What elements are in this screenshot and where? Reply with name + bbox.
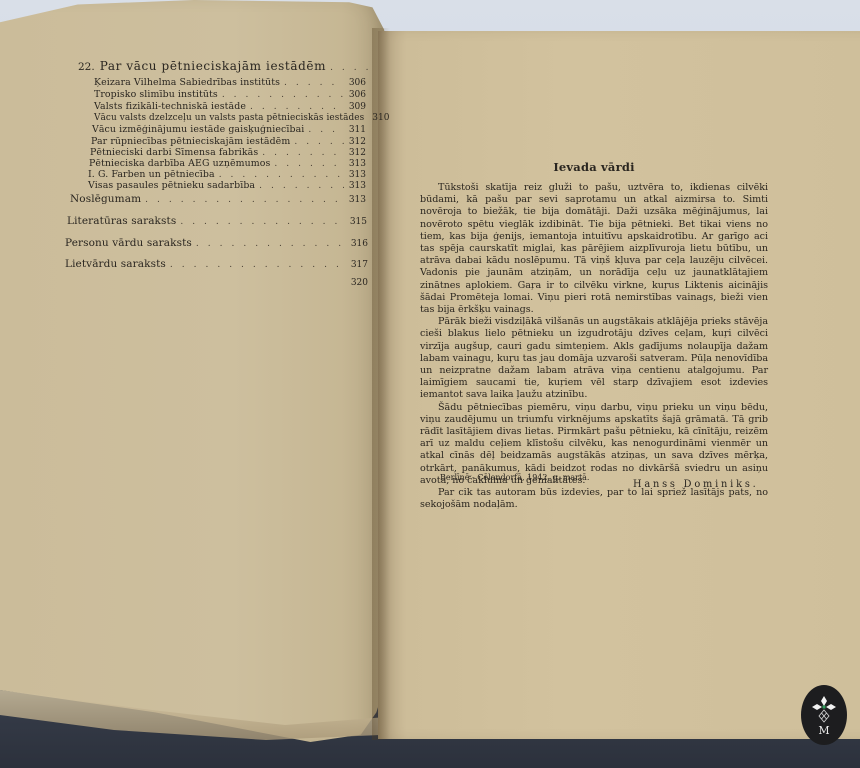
toc-page-number: 306 xyxy=(348,78,366,88)
toc-page-number: 311 xyxy=(348,125,366,135)
toc-entry: Vācu valsts dzelzceļu un valsts pasta pē… xyxy=(94,113,366,123)
watermark-logo: M xyxy=(801,685,847,745)
toc-entry-label: Valsts fizikāli-techniskā iestāde xyxy=(94,101,246,112)
toc-entry: Pētnieciski darbi Sīmensa fabrikās .....… xyxy=(90,147,366,158)
toc-page-number: 313 xyxy=(348,181,366,191)
toc-chapter-22: 22. Par vācu pētnieciskajām iestādēm ...… xyxy=(78,59,378,73)
foreword-title: Ievada vārdi xyxy=(420,160,768,174)
signoff: Berlīnē - Cēlendorfā, 1942. g. martā. Ha… xyxy=(440,473,770,493)
table-of-contents: 22. Par vācu pētnieciskajām iestādēm ...… xyxy=(0,0,388,742)
toc-entry: Par rūpniecības pētnieciskajām iestādēm … xyxy=(91,136,366,147)
toc-page-number: 316 xyxy=(350,239,368,249)
toc-entry-label: Ķeizara Vilhelma Sabiedrības institūts xyxy=(94,77,280,88)
foreword: Ievada vārdi Tūkstoši skatīja reiz gluži… xyxy=(420,160,768,511)
toc-entry: Pētnieciska darbība AEG uzņēmumos ......… xyxy=(89,158,366,169)
toc-leader-dots: ............... xyxy=(219,170,344,180)
place-date: Berlīnē - Cēlendorfā, 1942. g. martā. xyxy=(440,473,589,482)
toc-entry: Lietvārdu saraksts ............... 317 xyxy=(65,258,368,270)
toc-page-number: 317 xyxy=(350,260,368,270)
toc-chapter-number: 22. xyxy=(78,61,95,73)
toc-leader-dots: ........... xyxy=(259,181,344,191)
toc-entry-label: Tropisko slimību institūts xyxy=(94,89,218,100)
foreword-paragraph: Pārāk bieži visdziļākā vilšanās un augst… xyxy=(420,316,768,401)
toc-entry: I. G. Farben un pētniecība .............… xyxy=(88,169,366,180)
toc-leader-dots: ..... xyxy=(308,125,344,135)
toc-entry-label: Pētnieciski darbi Sīmensa fabrikās xyxy=(90,147,258,158)
toc-entry: 320 xyxy=(330,278,368,288)
toc-page-number: 309 xyxy=(348,102,366,112)
toc-leader-dots: .............. xyxy=(222,90,344,100)
toc-entry: Visas pasaules pētnieku sadarbība ......… xyxy=(88,180,366,191)
toc-leader-dots: ................... xyxy=(145,195,344,205)
toc-leader-dots: ........... xyxy=(262,148,344,158)
toc-page-number: 313 xyxy=(348,159,366,169)
toc-leader-dots: .............. xyxy=(250,102,344,112)
toc-entry: Vācu izmēģinājumu iestāde gaisķuģniecība… xyxy=(92,124,366,135)
toc-entry-label: Lietvārdu saraksts xyxy=(65,258,166,270)
toc-page-number: 312 xyxy=(348,137,366,147)
foreword-paragraph: Tūkstoši skatīja reiz gluži to pašu, uzt… xyxy=(420,182,768,316)
toc-leader-dots: ........... xyxy=(274,159,344,169)
toc-entry-label: Literatūras saraksts xyxy=(67,215,176,227)
toc-entry-label: Par rūpniecības pētnieciskajām iestādēm xyxy=(91,136,290,147)
toc-leader-dots: ............. xyxy=(196,239,346,249)
toc-entry-label: Pētnieciska darbība AEG uzņēmumos xyxy=(89,158,270,169)
toc-entry: Personu vārdu saraksts ............. 316 xyxy=(65,237,368,249)
toc-entry-label: I. G. Farben un pētniecība xyxy=(88,169,215,180)
toc-leader-dots: ........ xyxy=(294,137,344,147)
toc-page-number: 313 xyxy=(348,195,366,205)
toc-entry-label: Vācu izmēģinājumu iestāde gaisķuģniecība… xyxy=(92,124,304,135)
toc-leader-dots: ............... xyxy=(170,260,346,270)
toc-entry: Ķeizara Vilhelma Sabiedrības institūts .… xyxy=(94,77,366,88)
toc-page-number: 312 xyxy=(348,148,366,158)
toc-entry-label: Personu vārdu saraksts xyxy=(65,237,192,249)
toc-entry: Valsts fizikāli-techniskā iestāde ......… xyxy=(94,101,366,112)
toc-entry-label: Vācu valsts dzelzceļu un valsts pasta pē… xyxy=(94,113,364,123)
toc-entry: Tropisko slimību institūts .............… xyxy=(94,89,366,100)
toc-entry: Literatūras saraksts ............... 315 xyxy=(67,215,367,227)
toc-entry-label: Par vācu pētnieciskajām iestādēm xyxy=(100,59,326,73)
toc-leader-dots: .......... xyxy=(284,78,344,88)
toc-page-number: 315 xyxy=(349,217,367,227)
ornament-logo-icon: M xyxy=(809,692,839,738)
toc-leader-dots: ........... xyxy=(330,63,374,73)
watermark-letter: M xyxy=(818,724,829,737)
toc-leader-dots: ............... xyxy=(180,217,345,227)
toc-page-number: 313 xyxy=(348,170,366,180)
toc-page-number: 306 xyxy=(348,90,366,100)
toc-entry-label: Noslēgumam xyxy=(70,193,141,205)
toc-entry: Noslēgumam ................... 313 xyxy=(70,193,366,205)
toc-page-number: 320 xyxy=(350,278,368,288)
toc-entry-label: Visas pasaules pētnieku sadarbība xyxy=(88,180,255,191)
toc-page-number: 310 xyxy=(372,113,389,123)
author-signature: Hanss Dominiks. xyxy=(633,479,759,490)
